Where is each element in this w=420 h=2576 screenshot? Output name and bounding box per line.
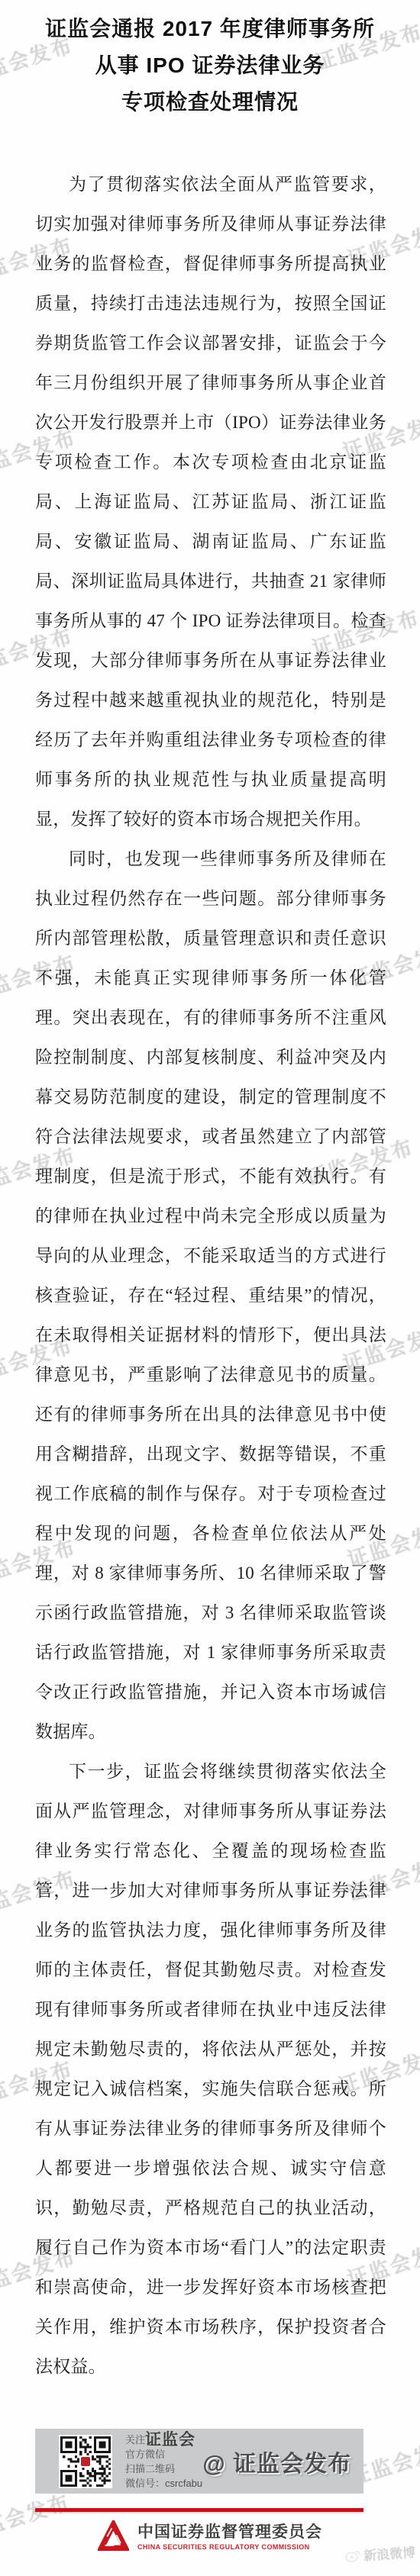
- notice-body: 为了贯彻落实依法全面从严监管要求，切实加强对律师事务所及律师从事证券法律业务的监…: [0, 165, 420, 2387]
- qr-code-icon: [59, 2435, 112, 2488]
- title-line-2: 从事 IPO 证券法律业务: [0, 47, 420, 84]
- notice-title: 证监会通报 2017 年度律师事务所 从事 IPO 证券法律业务 专项检查处理情…: [0, 0, 420, 121]
- qr-caption-line3: 微信号：csrcfabu: [125, 2476, 202, 2491]
- csrc-name-block: 中国证券监督管理委员会 CHINA SECURITIES REGULATORY …: [137, 2523, 322, 2551]
- csrc-name-en: CHINA SECURITIES REGULATORY COMMISSION: [137, 2543, 322, 2551]
- follow-prefix: 关注: [125, 2434, 145, 2446]
- qr-caption: 关注证监会官方微信 扫描二维码 微信号：csrcfabu: [125, 2433, 202, 2491]
- paragraph-2: 同时，也发现一些律师事务所及律师在执业过程仍然存在一些问题。部分律师事务所内部管…: [35, 839, 386, 1752]
- red-divider: [35, 2508, 363, 2512]
- csrc-logo-icon: [98, 2520, 129, 2554]
- csrc-name-cn: 中国证券监督管理委员会: [137, 2523, 322, 2542]
- paragraph-3: 下一步，证监会将继续贯彻落实依法全面从严监管理念，对律师事务所从事证券法律业务实…: [35, 1752, 386, 2387]
- qr-caption-line1: 关注证监会官方微信: [125, 2433, 202, 2462]
- follow-suffix: 官方微信: [125, 2449, 165, 2460]
- qr-caption-line2: 扫描二维码: [125, 2462, 202, 2476]
- csrc-logo-row: 中国证券监督管理委员会 CHINA SECURITIES REGULATORY …: [0, 2520, 420, 2554]
- title-line-3: 专项检查处理情况: [0, 84, 420, 121]
- brand-name: 证监会: [145, 2431, 195, 2449]
- paragraph-1: 为了贯彻落实依法全面从严监管要求，切实加强对律师事务所及律师从事证券法律业务的监…: [35, 165, 386, 839]
- title-line-1: 证监会通报 2017 年度律师事务所: [0, 11, 420, 47]
- wechat-follow-banner: 关注证监会官方微信 扫描二维码 微信号：csrcfabu @ 证监会发布: [35, 2429, 363, 2494]
- notice-page: 证监会发布证监会发布证监会发布证监会发布证监会发布证监会发布证监会发布证监会发布…: [0, 0, 420, 2576]
- weibo-handle: @ 证监会发布: [202, 2445, 351, 2478]
